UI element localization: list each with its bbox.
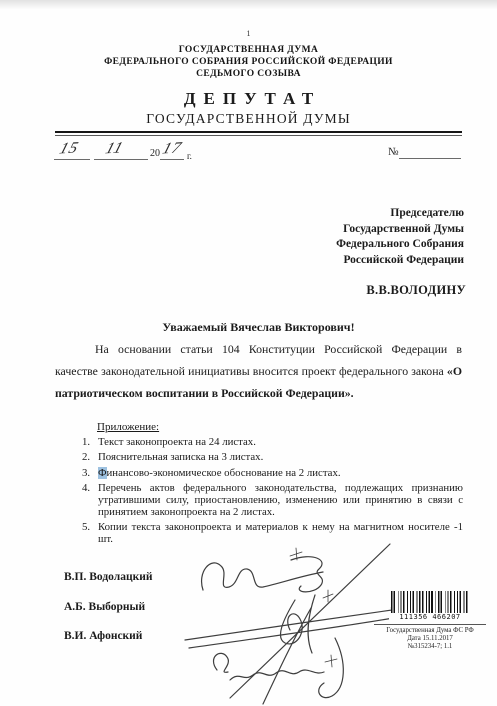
date-year-handwritten: 17: [160, 140, 184, 159]
attachment-item-1: 1. Текст законопроекта на 24 листах.: [82, 437, 463, 449]
attachment-text: Перечень актов федерального законодатель…: [98, 482, 463, 518]
stamp-date: Дата 15.11.2017: [374, 635, 486, 643]
addressee-block: Председателю Государственной Думы Федера…: [230, 206, 464, 268]
date-year-suffix: г.: [187, 151, 192, 161]
signer-name: В.П. Водолацкий: [64, 570, 152, 584]
separator-rule-thick: [55, 131, 462, 133]
barcode: [391, 591, 469, 615]
date-month-handwritten: 11: [103, 140, 126, 159]
letterhead-org-line-2: ФЕДЕРАЛЬНОГО СОБРАНИЯ РОССИЙСКОЙ ФЕДЕРАЦ…: [0, 56, 497, 68]
scanned-letter-page: 1 ГОСУДАРСТВЕННАЯ ДУМА ФЕДЕРАЛЬНОГО СОБР…: [0, 0, 497, 706]
attachment-number: 2.: [82, 452, 90, 464]
deputy-title: ДЕПУТАТ: [0, 89, 497, 109]
body-paragraph: На основании статьи 104 Конституции Росс…: [55, 338, 462, 404]
attachment-number: 5.: [82, 522, 90, 534]
handwritten-signatures: [175, 540, 405, 706]
attachment-text: инансово-экономическое обоснование на 2 …: [107, 467, 341, 479]
document-number-underline: [399, 158, 461, 159]
scan-edge: [0, 0, 497, 9]
attachment-number: 4.: [82, 483, 90, 495]
date-month-underline: [94, 159, 148, 160]
attachments-list: 1. Текст законопроекта на 24 листах. 2. …: [82, 437, 463, 550]
salutation: Уважаемый Вячеслав Викторович!: [55, 320, 462, 335]
attachment-item-3: 3. Финансово-экономическое обоснование н…: [82, 468, 463, 480]
letterhead: ГОСУДАРСТВЕННАЯ ДУМА ФЕДЕРАЛЬНОГО СОБРАН…: [0, 44, 497, 127]
attachment-text: Текст законопроекта на 24 листах.: [98, 436, 256, 448]
page-number: 1: [0, 29, 497, 38]
separator-rule-thin: [55, 135, 462, 136]
highlighted-letter: Ф: [98, 467, 107, 479]
addressee-name: В.В.ВОЛОДИНУ: [230, 283, 466, 298]
date-year-underline: [160, 159, 184, 160]
barcode-digits: 111356 466207: [389, 613, 471, 621]
attachment-item-2: 2. Пояснительная записка на 3 листах.: [82, 452, 463, 464]
addressee-line: Государственной Думы: [230, 222, 464, 238]
stamp-org: Государственная Дума ФС РФ: [374, 627, 486, 635]
stamp-number: №315234-7; 1.1: [374, 643, 486, 651]
attachments-heading: Приложение:: [97, 421, 159, 433]
registration-stamp: Государственная Дума ФС РФ Дата 15.11.20…: [374, 624, 486, 651]
addressee-line: Председателю: [230, 206, 464, 222]
date-century: 20: [150, 148, 160, 159]
document-number-label: №: [388, 146, 399, 158]
signer-name: А.Б. Выборный: [64, 600, 152, 614]
date-day-handwritten: 15: [57, 140, 81, 159]
attachment-item-4: 4. Перечень актов федерального законодат…: [82, 483, 463, 519]
paragraph-intro: На основании статьи 104 Конституции Росс…: [55, 342, 462, 378]
letterhead-org-line-1: ГОСУДАРСТВЕННАЯ ДУМА: [0, 44, 497, 56]
addressee-line: Российской Федерации: [230, 253, 464, 269]
signer-name: В.И. Афонский: [64, 629, 152, 643]
deputy-subtitle: ГОСУДАРСТВЕННОЙ ДУМЫ: [0, 111, 497, 127]
attachment-number: 1.: [82, 437, 90, 449]
date-day-underline: [54, 159, 90, 160]
attachment-text: Пояснительная записка на 3 листах.: [98, 451, 263, 463]
signers-block: В.П. Водолацкий А.Б. Выборный В.И. Афонс…: [64, 570, 152, 659]
attachment-number: 3.: [82, 468, 90, 480]
letterhead-org-line-3: СЕДЬМОГО СОЗЫВА: [0, 68, 497, 80]
addressee-line: Федерального Собрания: [230, 237, 464, 253]
